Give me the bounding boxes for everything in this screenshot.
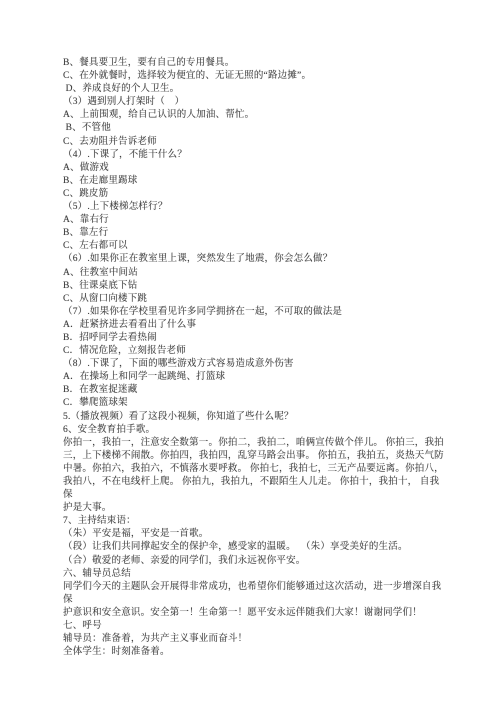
text-line: D、养成良好的个人卫生。 [63,83,445,96]
text-line: A、做游戏 [63,162,445,175]
text-line: （7）.如果你在学校里看见许多同学拥挤在一起，不可取的做法是 [63,306,445,319]
text-line: 护意识和安全意识。安全第一！生命第一！愿平安永远伴随我们大家！谢谢同学们！ [63,607,445,620]
text-line: （4）.下课了，不能干什么？ [63,149,445,162]
text-line: 6、安全教育拍手歌。 [63,424,445,437]
text-line: （合）敬爱的老师、亲爱的同学们，我们永远祝你平安。 [63,555,445,568]
text-line: B．在教室捉迷藏 [63,384,445,397]
text-line: C、跳皮筋 [63,188,445,201]
text-line: A、靠右行 [63,214,445,227]
text-line: （6）.如果你正在教室里上课，突然发生了地震，你会怎么做？ [63,253,445,266]
text-line: 辅导员：准备着，为共产主义事业而奋斗！ [63,633,445,646]
text-line: （8）.下课了，下面的哪些游戏方式容易造成意外伤害 [63,358,445,371]
text-line: C、在外就餐时，选择较为便宜的、无证无照的“路边摊”。 [63,70,445,83]
text-line: 你拍一，我拍一，注意安全数第一。你拍二，我拍二，咱俩宣传做个伴儿。 你拍三，我拍 [63,437,445,450]
text-line: 护是大事。 [63,502,445,515]
text-line: B、不管他 [63,122,445,135]
text-line: 5.（播放视频）看了这段小视频，你知道了些什么呢？ [63,411,445,424]
text-line: 三，上下楼梯不闹散。你拍四，我拍四，乱穿马路会出事。 你拍五，我拍五，炎热天气防 [63,450,445,463]
text-line: 全体学生：时刻准备着。 [63,646,445,659]
text-line: （段）让我们共同撑起安全的保护伞，感受家的温暖。 （朱）享受美好的生活。 [63,541,445,554]
text-line: （朱）平安是福，平安是一首歌。 [63,528,445,541]
text-line: B、往课桌底下钻 [63,280,445,293]
text-line: （5）.上下楼梯怎样行？ [63,201,445,214]
text-line: 中暑。你拍六，我拍六，不慎落水要呼救。 你拍七，我拍七，三无产品要远离。你拍八， [63,463,445,476]
text-line: 六、辅导员总结 [63,568,445,581]
text-line: A．赶紧挤进去看看出了什么事 [63,319,445,332]
text-line: 7、主持结束语： [63,515,445,528]
text-line: B、靠左行 [63,227,445,240]
text-line: C、左右都可以 [63,240,445,253]
text-line: 七、呼号 [63,620,445,633]
text-line: A、上前围观，给自己认识的人加油、帮忙。 [63,109,445,122]
text-line: A、往教室中间站 [63,267,445,280]
text-line: C、去劝阻并告诉老师 [63,136,445,149]
text-line: 我拍八，不在电线杆上爬。 你拍九，我拍九，不跟陌生人儿走。 你拍十，我拍十， 自… [63,476,445,502]
text-line: 同学们今天的主题队会开展得非常成功，也希望你们能够通过这次活动，进一步增深自我保 [63,581,445,607]
document-page: B、餐具要卫生，要有自己的专用餐具。C、在外就餐时，选择较为便宜的、无证无照的“… [0,0,500,707]
text-line: C、从窗口向楼下跳 [63,293,445,306]
text-line: C．情况危险，立刻报告老师 [63,345,445,358]
text-line: B、餐具要卫生，要有自己的专用餐具。 [63,57,445,70]
text-line: B、在走廊里踢球 [63,175,445,188]
text-line: （3）遇到别人打架时（ ） [63,96,445,109]
text-line: A．在操场上和同学一起跳绳、打篮球 [63,371,445,384]
text-line: B．招呼同学去看热闹 [63,332,445,345]
document-text: B、餐具要卫生，要有自己的专用餐具。C、在外就餐时，选择较为便宜的、无证无照的“… [63,57,445,659]
text-line: C．攀爬篮球架 [63,397,445,410]
